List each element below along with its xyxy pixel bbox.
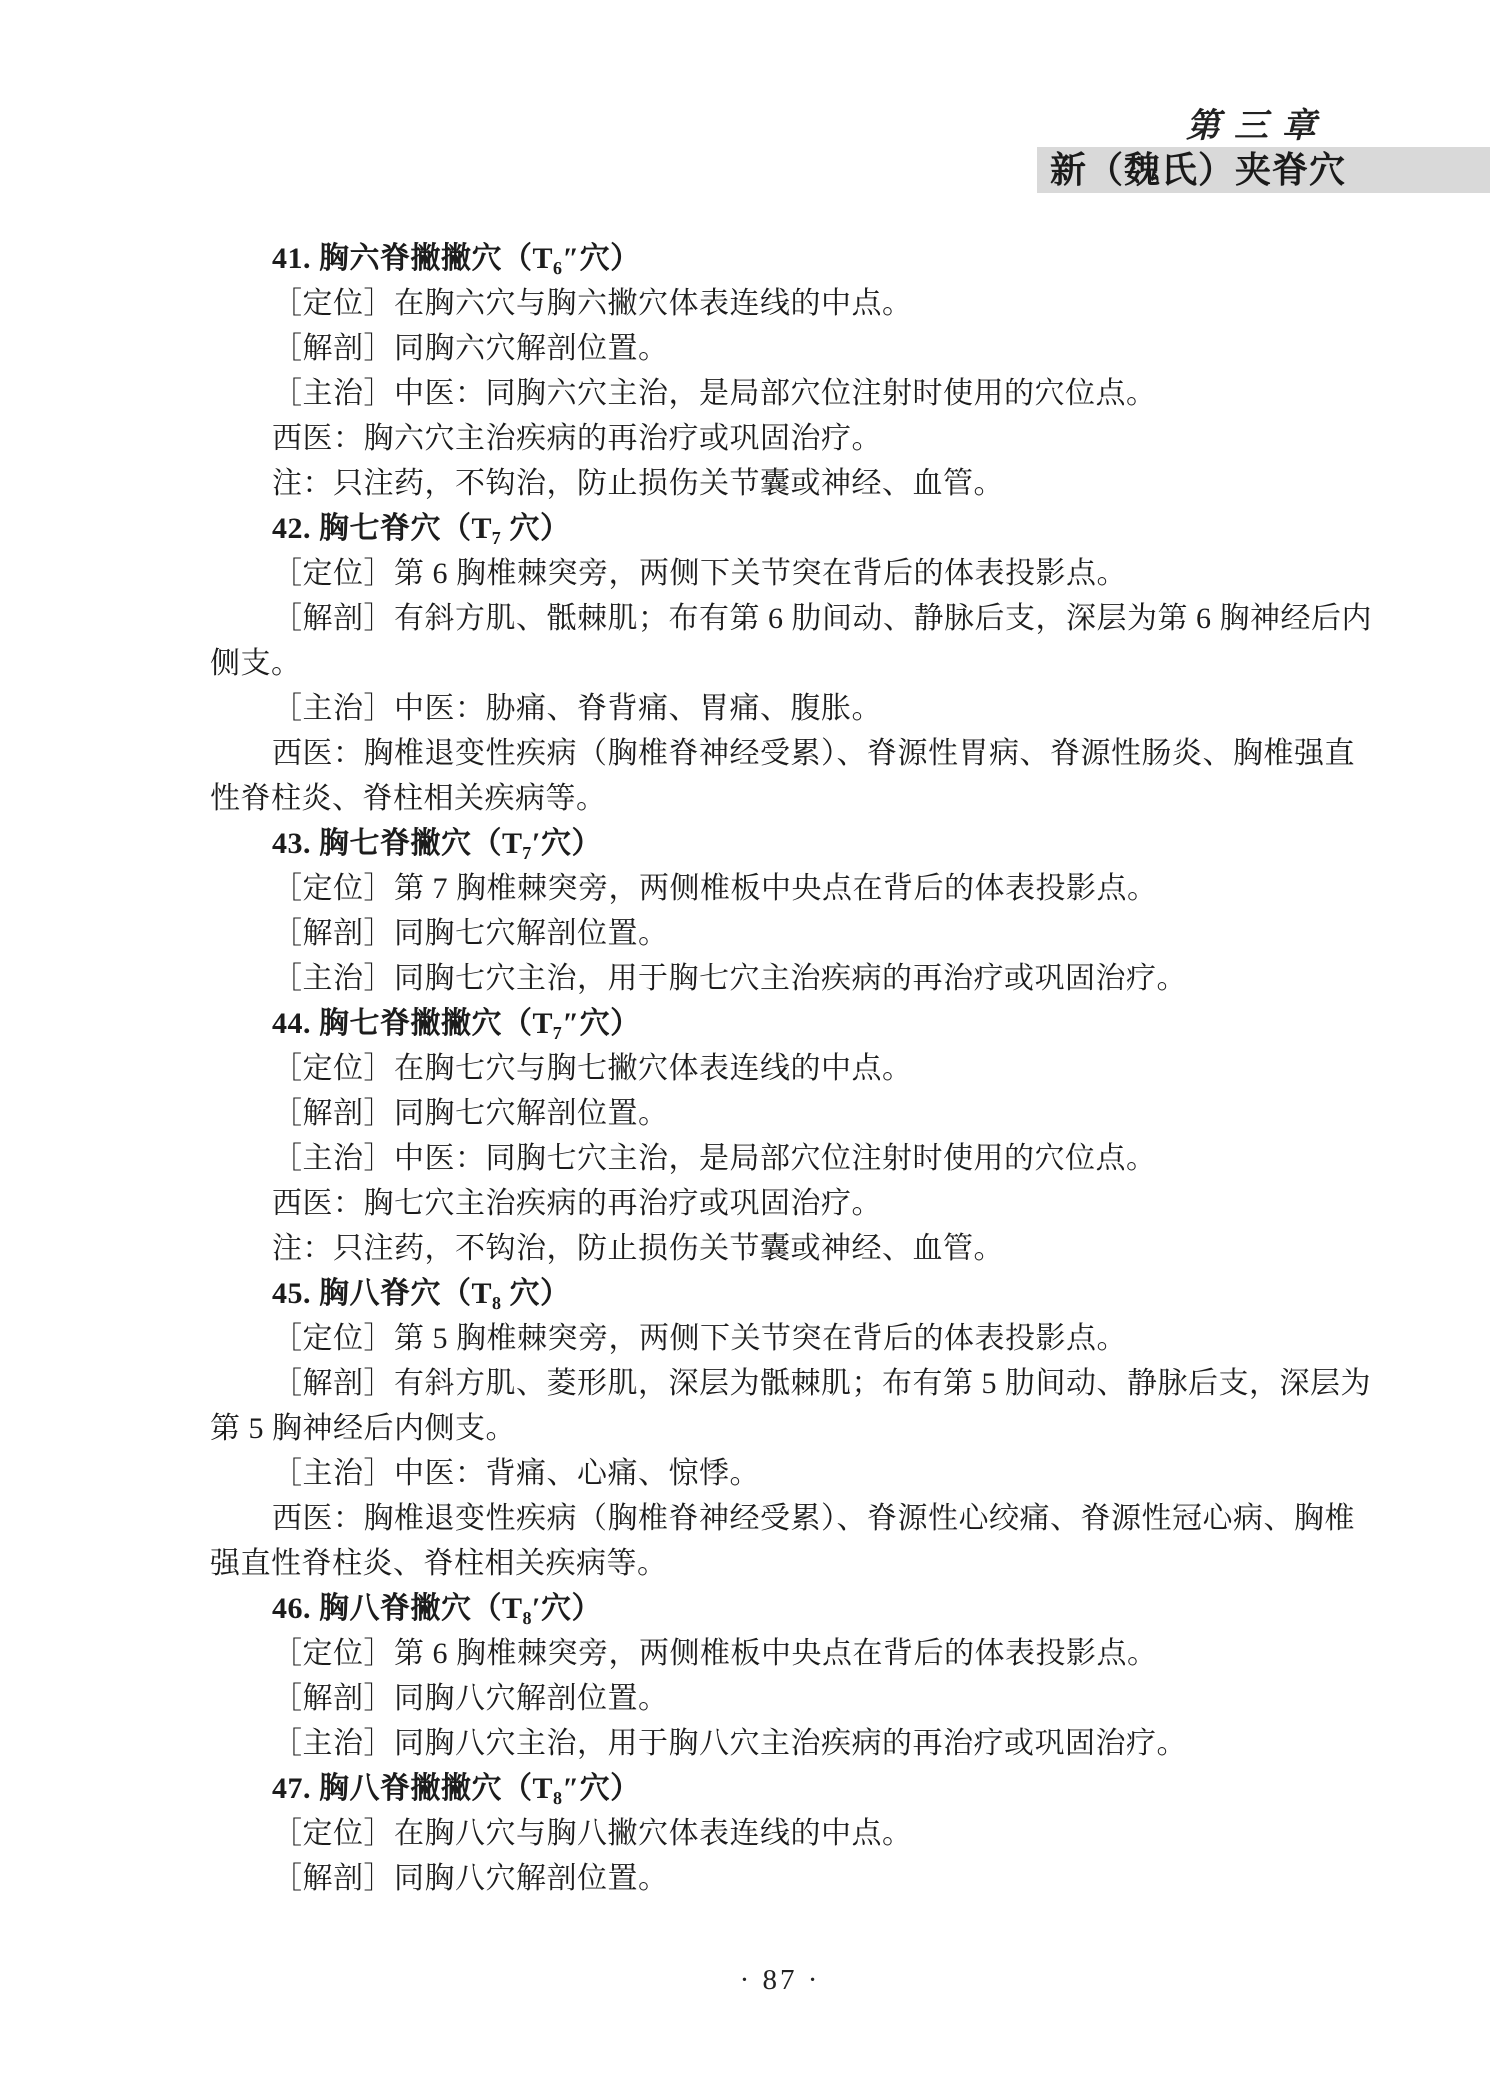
page-number: · 87 · bbox=[210, 1964, 1350, 1997]
text-line: ［解剖］有斜方肌、骶棘肌；布有第 6 肋间动、静脉后支，深层为第 6 胸神经后内 bbox=[210, 596, 1350, 641]
text-line: ［解剖］有斜方肌、菱形肌，深层为骶棘肌；布有第 5 肋间动、静脉后支，深层为 bbox=[210, 1361, 1350, 1406]
point-heading: 42. 胸七脊穴（T₇ 穴） bbox=[210, 506, 1350, 551]
text-line: ［主治］中医：背痛、心痛、惊悸。 bbox=[210, 1451, 1350, 1496]
text-line: ［定位］第 5 胸椎棘突旁，两侧下关节突在背后的体表投影点。 bbox=[210, 1316, 1350, 1361]
text-line: ［定位］在胸八穴与胸八撇穴体表连线的中点。 bbox=[210, 1811, 1350, 1856]
point-heading: 41. 胸六脊撇撇穴（T₆″穴） bbox=[210, 236, 1350, 281]
text-line: ［解剖］同胸七穴解剖位置。 bbox=[210, 911, 1350, 956]
text-line: ［主治］中医：同胸六穴主治，是局部穴位注射时使用的穴位点。 bbox=[210, 371, 1350, 416]
section-title-bar: 新（魏氏）夹脊穴 bbox=[1037, 147, 1490, 193]
text-line: ［解剖］同胸六穴解剖位置。 bbox=[210, 326, 1350, 371]
text-line: ［定位］第 6 胸椎棘突旁，两侧椎板中央点在背后的体表投影点。 bbox=[210, 1631, 1350, 1676]
text-line: ［解剖］同胸八穴解剖位置。 bbox=[210, 1676, 1350, 1721]
point-heading: 43. 胸七脊撇穴（T₇′穴） bbox=[210, 821, 1350, 866]
text-line: ［解剖］同胸七穴解剖位置。 bbox=[210, 1091, 1350, 1136]
point-heading: 47. 胸八脊撇撇穴（T₈″穴） bbox=[210, 1766, 1350, 1811]
text-line: ［定位］在胸七穴与胸七撇穴体表连线的中点。 bbox=[210, 1046, 1350, 1091]
text-line: 强直性脊柱炎、脊柱相关疾病等。 bbox=[210, 1541, 1350, 1586]
text-line: ［解剖］同胸八穴解剖位置。 bbox=[210, 1856, 1350, 1901]
text-line: ［主治］同胸七穴主治，用于胸七穴主治疾病的再治疗或巩固治疗。 bbox=[210, 956, 1350, 1001]
text-line: 西医：胸六穴主治疾病的再治疗或巩固治疗。 bbox=[210, 416, 1350, 461]
section-title: 新（魏氏）夹脊穴 bbox=[1037, 147, 1490, 193]
point-heading: 46. 胸八脊撇穴（T₈′穴） bbox=[210, 1586, 1350, 1631]
text-line: 注：只注药，不钩治，防止损伤关节囊或神经、血管。 bbox=[210, 1226, 1350, 1271]
text-line: ［定位］第 7 胸椎棘突旁，两侧椎板中央点在背后的体表投影点。 bbox=[210, 866, 1350, 911]
text-line: 性脊柱炎、脊柱相关疾病等。 bbox=[210, 776, 1350, 821]
text-line: 注：只注药，不钩治，防止损伤关节囊或神经、血管。 bbox=[210, 461, 1350, 506]
point-heading: 44. 胸七脊撇撇穴（T₇″穴） bbox=[210, 1001, 1350, 1046]
text-line: 西医：胸椎退变性疾病（胸椎脊神经受累）、脊源性胃病、脊源性肠炎、胸椎强直 bbox=[210, 731, 1350, 776]
point-heading: 45. 胸八脊穴（T₈ 穴） bbox=[210, 1271, 1350, 1316]
text-line: ［主治］同胸八穴主治，用于胸八穴主治疾病的再治疗或巩固治疗。 bbox=[210, 1721, 1350, 1766]
text-line: ［主治］中医：胁痛、脊背痛、胃痛、腹胀。 bbox=[210, 686, 1350, 731]
text-line: 第 5 胸神经后内侧支。 bbox=[210, 1406, 1350, 1451]
chapter-label: 第三章 bbox=[1186, 98, 1330, 147]
text-line: ［定位］在胸六穴与胸六撇穴体表连线的中点。 bbox=[210, 281, 1350, 326]
text-line: 侧支。 bbox=[210, 641, 1350, 686]
document-page: 第三章 新（魏氏）夹脊穴 41. 胸六脊撇撇穴（T₆″穴）［定位］在胸六穴与胸六… bbox=[0, 0, 1504, 2094]
text-line: ［定位］第 6 胸椎棘突旁，两侧下关节突在背后的体表投影点。 bbox=[210, 551, 1350, 596]
text-line: 西医：胸椎退变性疾病（胸椎脊神经受累）、脊源性心绞痛、脊源性冠心病、胸椎 bbox=[210, 1496, 1350, 1541]
body-lines: 41. 胸六脊撇撇穴（T₆″穴）［定位］在胸六穴与胸六撇穴体表连线的中点。［解剖… bbox=[210, 236, 1350, 1901]
text-line: 西医：胸七穴主治疾病的再治疗或巩固治疗。 bbox=[210, 1181, 1350, 1226]
text-line: ［主治］中医：同胸七穴主治，是局部穴位注射时使用的穴位点。 bbox=[210, 1136, 1350, 1181]
